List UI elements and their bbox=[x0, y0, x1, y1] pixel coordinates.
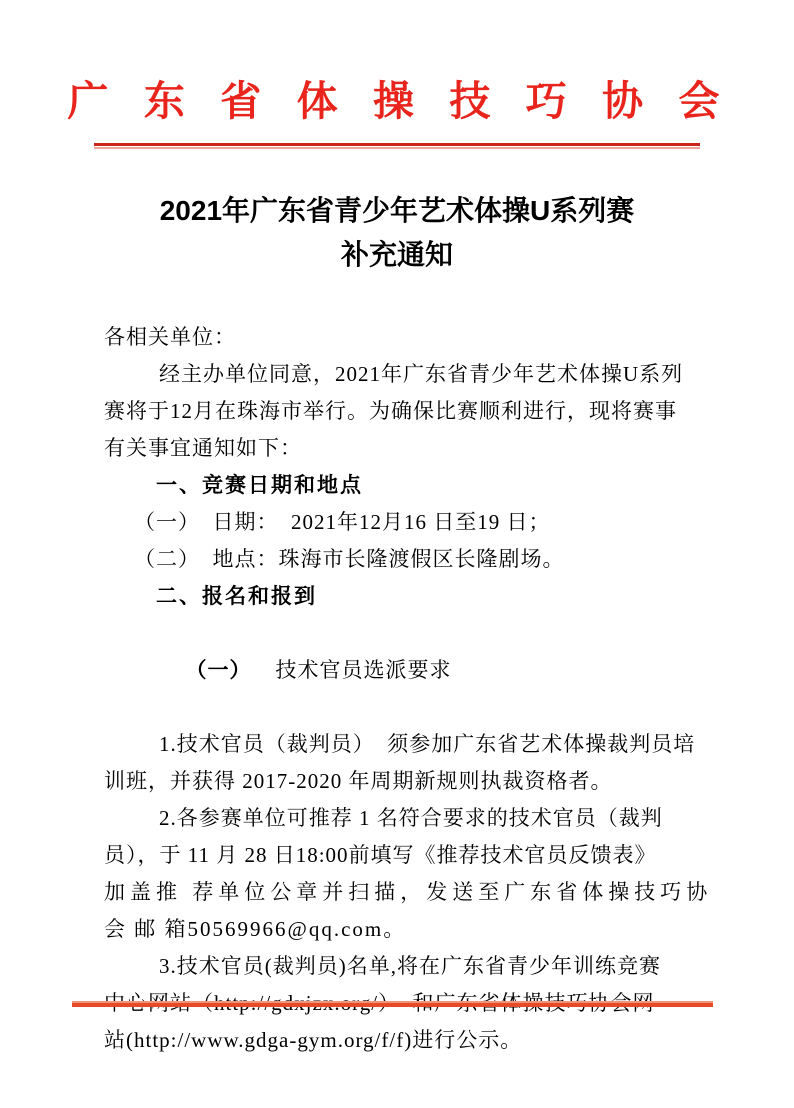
section-2-subsection-title: （一）技术官员选派要求 bbox=[104, 615, 706, 726]
document-title-line-2: 补充通知 bbox=[0, 233, 794, 277]
document-page: 广 东 省 体 操 技 巧 协 会 2021年广东省青少年艺术体操U系列赛 补充… bbox=[0, 0, 794, 1108]
para-2-line-4-email: 会 邮 箱50569966@qq.com。 bbox=[104, 911, 706, 948]
page-bottom-rule bbox=[72, 1001, 713, 1007]
para-2-line-3: 加盖推 荐单位公章并扫描，发送至广东省体操技巧协 bbox=[104, 874, 706, 911]
section-1-item-venue: （二） 地点：珠海市长隆渡假区长隆剧场。 bbox=[104, 541, 706, 578]
para-1-line-1: 1.技术官员（裁判员） 须参加广东省艺术体操裁判员培 bbox=[104, 726, 706, 763]
intro-line-3: 有关事宜通知如下： bbox=[104, 430, 706, 467]
document-title-line-1: 2021年广东省青少年艺术体操U系列赛 bbox=[0, 189, 794, 233]
intro-line-2: 赛将于12月在珠海市举行。为确保比赛顺利进行，现将赛事 bbox=[104, 393, 706, 430]
org-letterhead-title: 广 东 省 体 操 技 巧 协 会 bbox=[0, 0, 794, 128]
para-1-line-2: 训班，并获得 2017-2020 年周期新规则执裁资格者。 bbox=[104, 763, 706, 800]
section-1-item-date: （一） 日期： 2021年12月16 日至19 日； bbox=[104, 504, 706, 541]
para-3-line-1: 3.技术官员(裁判员)名单,将在广东省青少年训练竞赛 bbox=[104, 948, 706, 985]
para-2-line-2: 员），于 11 月 28 日18:00前填写《推荐技术官员反馈表》 bbox=[104, 837, 706, 874]
subsection-title-text: 技术官员选派要求 bbox=[276, 658, 452, 682]
document-body: 各相关单位： 经主办单位同意，2021年广东省青少年艺术体操U系列 赛将于12月… bbox=[104, 319, 706, 1059]
section-1-heading: 一、竞赛日期和地点 bbox=[104, 467, 706, 504]
document-title: 2021年广东省青少年艺术体操U系列赛 补充通知 bbox=[0, 189, 794, 277]
subsection-marker: （一） bbox=[186, 659, 252, 682]
letterhead-double-rule bbox=[94, 143, 700, 149]
para-2-line-1: 2.各参赛单位可推荐 1 名符合要求的技术官员（裁判 bbox=[104, 800, 706, 837]
salutation: 各相关单位： bbox=[104, 319, 706, 356]
intro-line-1: 经主办单位同意，2021年广东省青少年艺术体操U系列 bbox=[104, 356, 706, 393]
section-2-heading: 二、报名和报到 bbox=[104, 578, 706, 615]
para-3-line-3-url: 站(http://www.gdga-gym.org/f/f)进行公示。 bbox=[104, 1022, 706, 1059]
